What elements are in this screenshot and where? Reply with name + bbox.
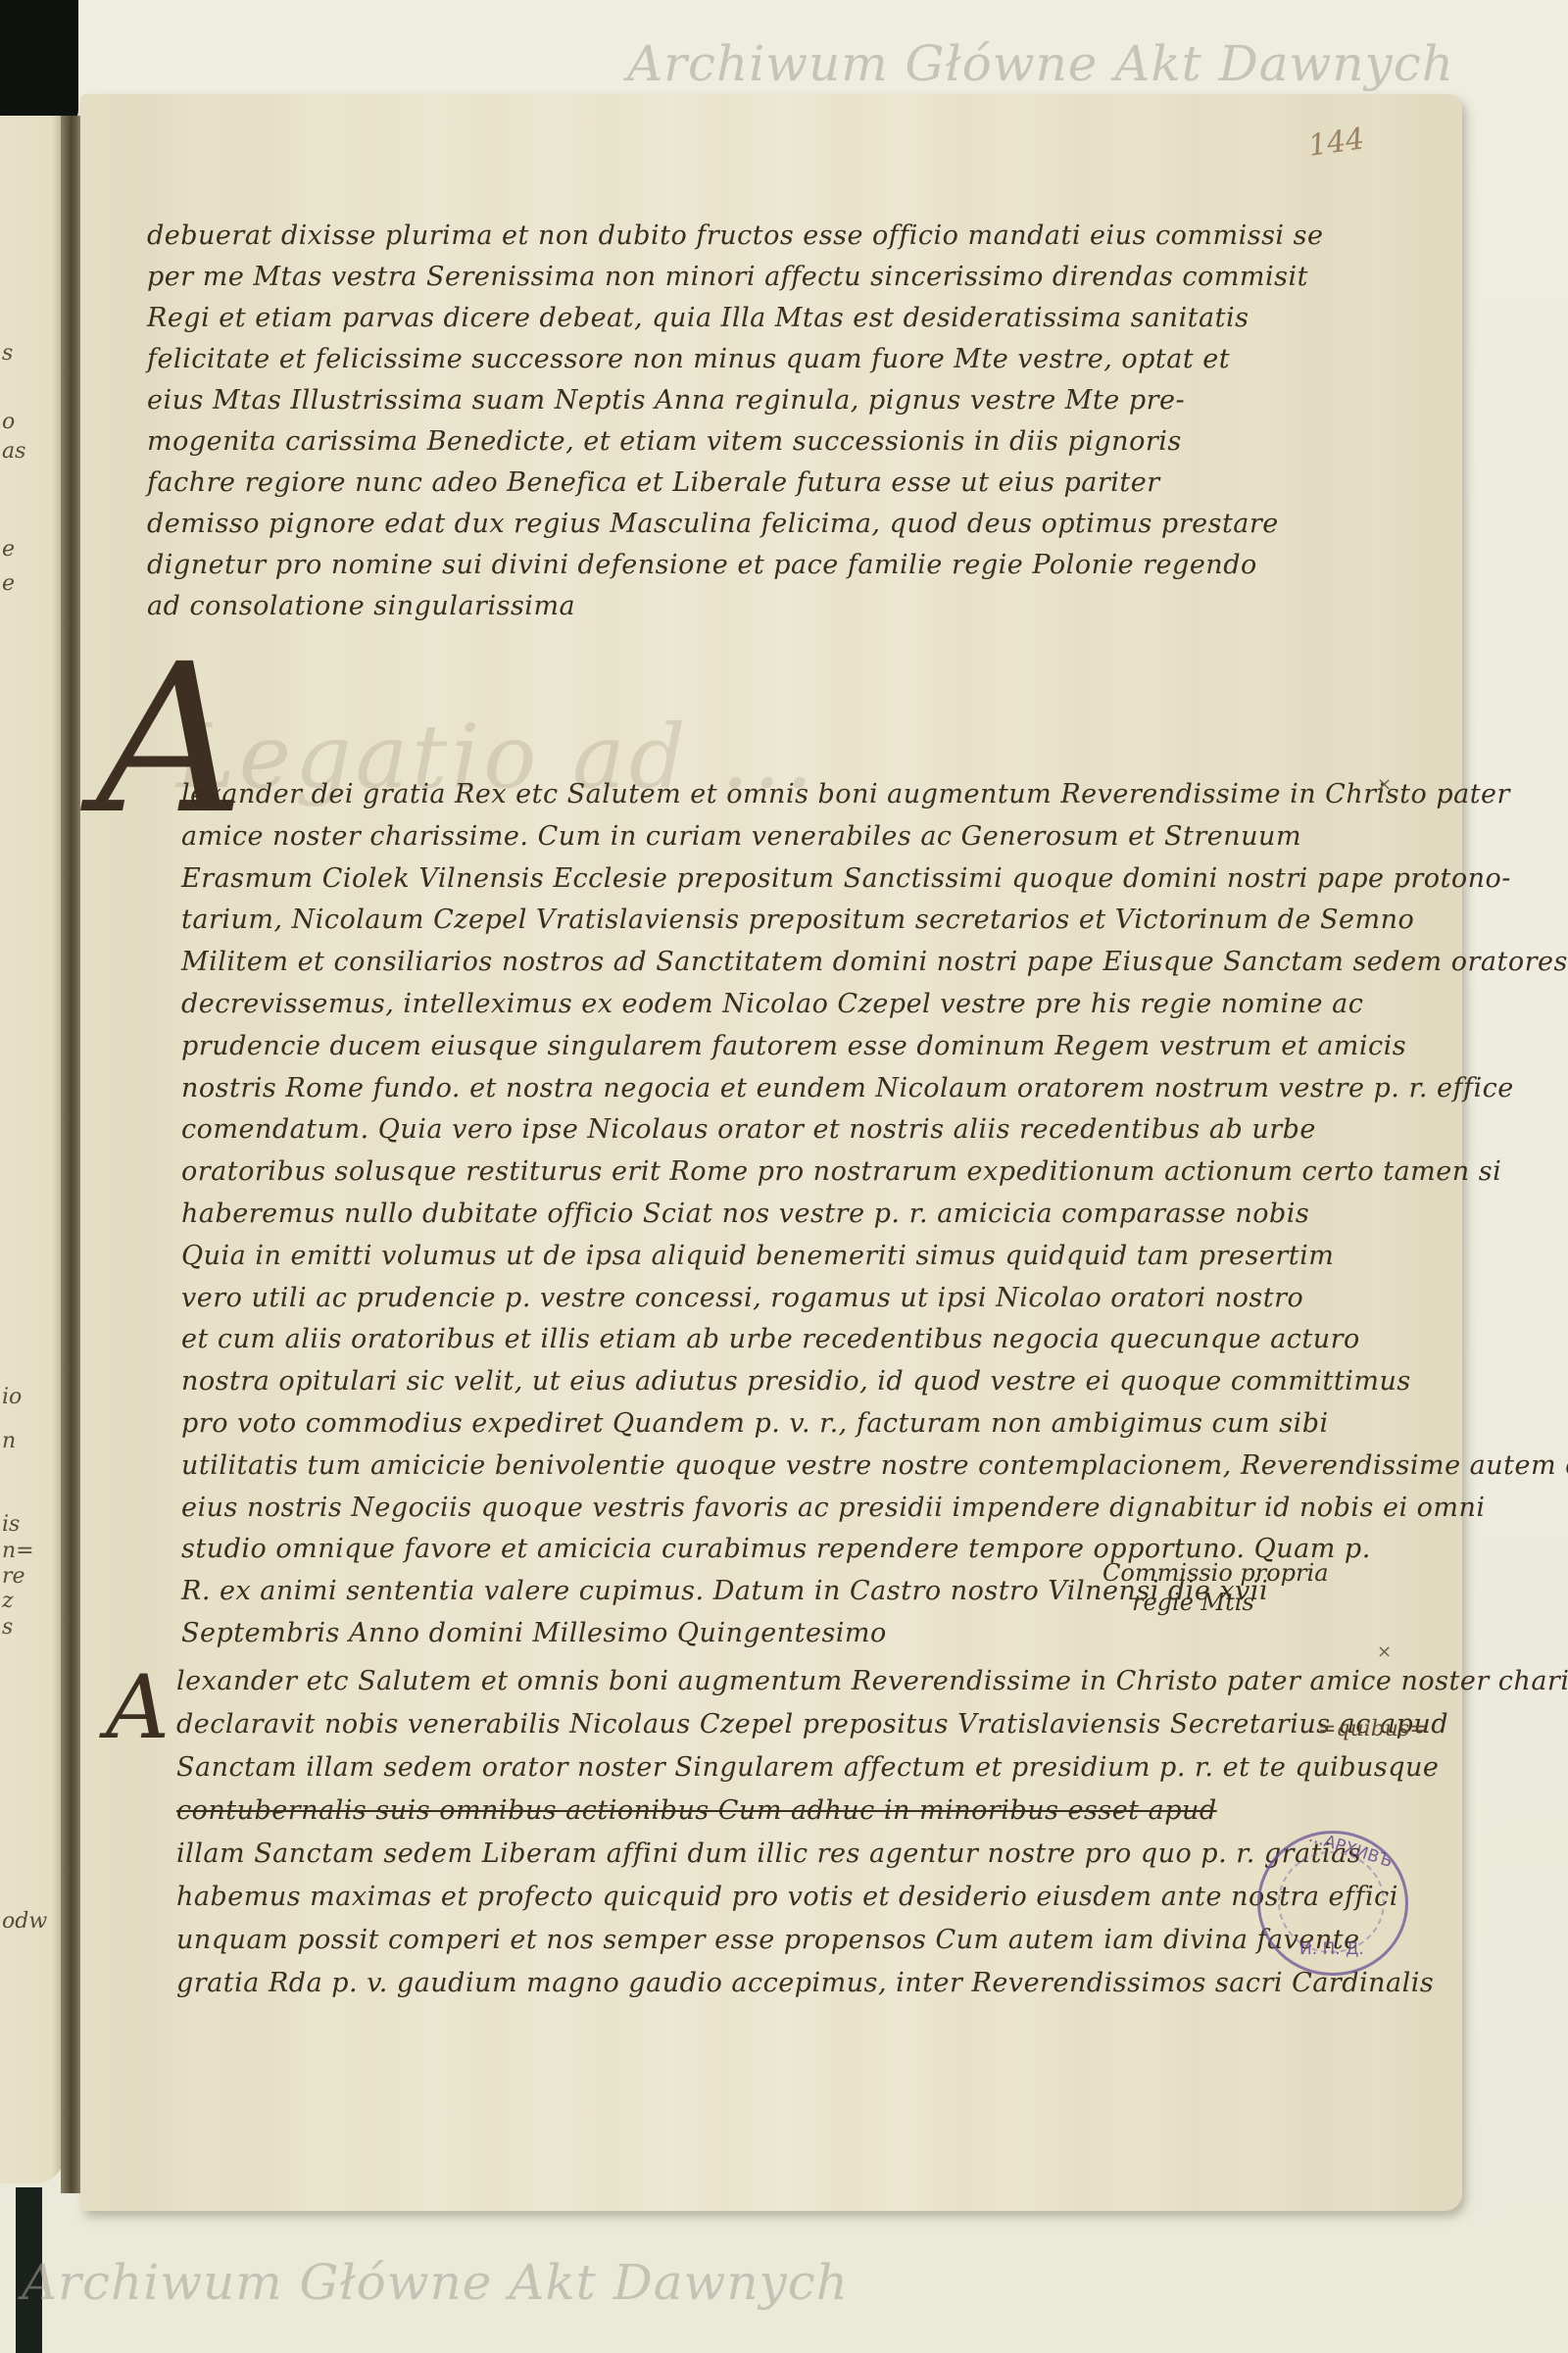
left-page-fragment: z xyxy=(2,1589,14,1613)
left-page-fragment: n xyxy=(2,1429,16,1453)
manuscript-line: Militem et consiliarios nostros ad Sanct… xyxy=(181,947,1568,989)
subscription-line-2: regie Mtis xyxy=(1102,1588,1329,1617)
archive-stamp: ...АРХИВЪ И. П. Д. xyxy=(1257,1831,1408,1976)
margin-mark: × xyxy=(1377,774,1392,795)
manuscript-line: et cum aliis oratoribus et illis etiam a… xyxy=(181,1324,1568,1366)
book-cover-corner xyxy=(0,0,78,127)
manuscript-line: Regi et etiam parvas dicere debeat, quia… xyxy=(147,303,1323,344)
manuscript-line: Septembris Anno domini Millesimo Quingen… xyxy=(181,1618,1568,1660)
manuscript-line: amice noster charissime. Cum in curiam v… xyxy=(181,821,1568,863)
letter-3-initial: A xyxy=(106,1656,170,1759)
left-page-fragment: as xyxy=(2,439,25,464)
manuscript-line: mogenita carissima Benedicte, et etiam v… xyxy=(147,426,1323,467)
left-page-fragment: is xyxy=(2,1512,20,1537)
manuscript-line: felicitate et felicissime successore non… xyxy=(147,344,1323,385)
manuscript-line: oratoribus solusque restiturus erit Rome… xyxy=(181,1156,1568,1199)
manuscript-line: haberemus nullo dubitate officio Sciat n… xyxy=(181,1199,1568,1241)
letter-1-continuation: debuerat dixisse plurima et non dubito f… xyxy=(147,221,1323,632)
margin-note: =quibus= xyxy=(1318,1717,1428,1741)
manuscript-line: debuerat dixisse plurima et non dubito f… xyxy=(147,221,1323,262)
manuscript-line: vero utili ac prudencie p. vestre conces… xyxy=(181,1283,1568,1325)
manuscript-line: lexander dei gratia Rex etc Salutem et o… xyxy=(181,779,1568,821)
manuscript-line: prudencie ducem eiusque singularem fauto… xyxy=(181,1031,1568,1073)
archive-watermark-top: Archiwum Główne Akt Dawnych xyxy=(627,35,1454,92)
facing-page-left: s o as e e io n is n= re z s odw xyxy=(0,116,65,2183)
manuscript-line: decrevissemus, intelleximus ex eodem Nic… xyxy=(181,989,1568,1031)
manuscript-line: nostris Rome fundo. et nostra negocia et… xyxy=(181,1073,1568,1115)
left-page-fragment: odw xyxy=(2,1909,47,1934)
manuscript-line-struck: contubernalis suis omnibus actionibus Cu… xyxy=(176,1795,1568,1838)
margin-mark: × xyxy=(1377,1642,1392,1662)
manuscript-line: per me Mtas vestra Serenissima non minor… xyxy=(147,262,1323,303)
left-page-fragment: io xyxy=(2,1385,22,1409)
manuscript-line: nostra opitulari sic velit, ut eius adiu… xyxy=(181,1366,1568,1408)
manuscript-line: utilitatis tum amicicie benivolentie quo… xyxy=(181,1450,1568,1493)
manuscript-line: studio omnique favore et amicicia curabi… xyxy=(181,1534,1568,1576)
left-page-fragment: o xyxy=(2,410,15,434)
manuscript-line: comendatum. Quia vero ipse Nicolaus orat… xyxy=(181,1114,1568,1156)
manuscript-line: Sanctam illam sedem orator noster Singul… xyxy=(176,1752,1568,1795)
manuscript-line: pro voto commodius expediret Quandem p. … xyxy=(181,1408,1568,1450)
manuscript-line: lexander etc Salutem et omnis boni augme… xyxy=(176,1666,1568,1709)
left-page-fragment: s xyxy=(2,1615,13,1640)
manuscript-line: eius nostris Negociis quoque vestris fav… xyxy=(181,1493,1568,1535)
stamp-bottom-text: И. П. Д. xyxy=(1299,1939,1364,1959)
manuscript-line: gratia Rda p. v. gaudium magno gaudio ac… xyxy=(176,1968,1568,2011)
manuscript-line: dignetur pro nomine sui divini defension… xyxy=(147,550,1323,591)
archive-watermark-bottom: Archiwum Główne Akt Dawnych xyxy=(22,2254,849,2311)
subscription-line-1: Commissio propria xyxy=(1102,1558,1329,1588)
manuscript-line: eius Mtas Illustrissima suam Neptis Anna… xyxy=(147,385,1323,426)
stamp-eagle-emblem xyxy=(1278,1851,1385,1953)
letter-2-body: lexander dei gratia Rex etc Salutem et o… xyxy=(181,779,1568,1660)
left-page-fragment: re xyxy=(2,1564,25,1589)
manuscript-line: R. ex animi sententia valere cupimus. Da… xyxy=(181,1576,1568,1618)
chancery-subscription: Commissio propria regie Mtis xyxy=(1102,1558,1329,1617)
manuscript-line: Quia in emitti volumus ut de ipsa aliqui… xyxy=(181,1241,1568,1283)
manuscript-line: fachre regiore nunc adeo Benefica et Lib… xyxy=(147,467,1323,509)
left-page-fragment: e xyxy=(2,571,15,596)
manuscript-line: demisso pignore edat dux regius Masculin… xyxy=(147,509,1323,550)
left-page-fragment: e xyxy=(2,537,15,562)
manuscript-line: ad consolatione singularissima xyxy=(147,591,1323,632)
left-page-fragment: s xyxy=(2,341,13,366)
manuscript-line: tarium, Nicolaum Czepel Vratislaviensis … xyxy=(181,905,1568,947)
left-page-fragment: n= xyxy=(2,1539,34,1563)
manuscript-line: Erasmum Ciolek Vilnensis Ecclesie prepos… xyxy=(181,863,1568,906)
